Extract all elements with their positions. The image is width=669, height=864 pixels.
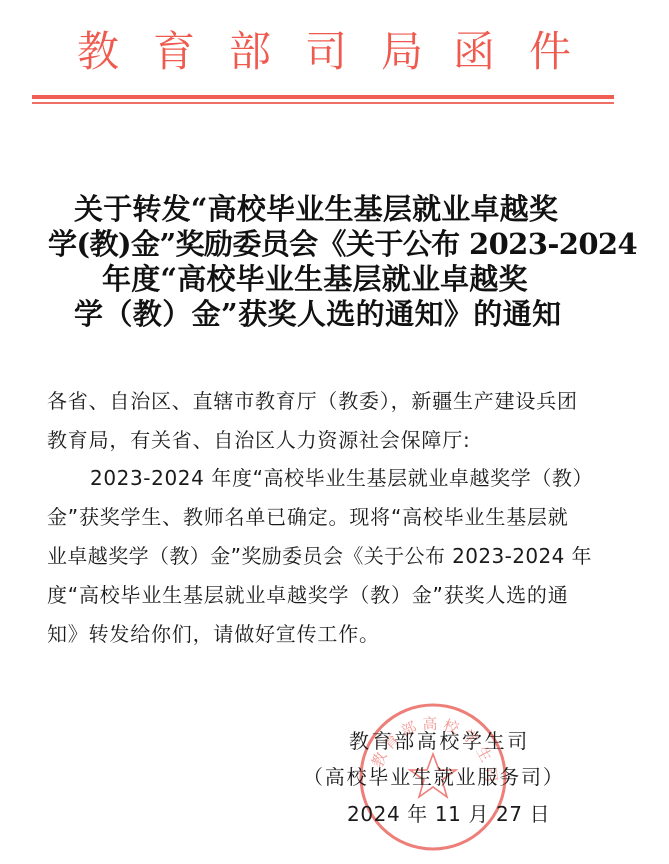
letterhead-char: 函 <box>452 24 496 80</box>
body-line: 度“高校毕业生基层就业卓越奖学（教）金”获奖人选的通 <box>47 583 569 607</box>
letterhead-rule-thin <box>32 102 614 104</box>
signature-issuer-alias: （高校毕业生就业服务司） <box>303 765 565 789</box>
letterhead-char: 司 <box>304 24 348 80</box>
letterhead-char: 教 <box>76 24 120 80</box>
letterhead-char: 部 <box>228 24 272 80</box>
title-line: 年度“高校毕业生基层就业卓越奖 <box>102 262 528 297</box>
title-line: 关于转发“高校毕业生基层就业卓越奖 <box>74 192 558 227</box>
body-line: 2023-2024 年度“高校毕业生基层就业卓越奖学（教） <box>90 466 593 490</box>
letterhead-char: 件 <box>528 24 572 80</box>
body-line: 金”获奖学生、教师名单已确定。现将“高校毕业生基层就 <box>47 505 569 529</box>
title-line: 学（教）金”获奖人选的通知》的通知 <box>74 297 561 332</box>
body-line: 业卓越奖学（教）金”奖励委员会《关于公布 2023-2024 年 <box>47 544 592 568</box>
letterhead-char: 育 <box>152 24 196 80</box>
title-line: 学(教)金”奖励委员会《关于公布 2023-2024 <box>48 227 637 262</box>
letterhead-rule-thick <box>32 95 614 99</box>
body-line: 知》转发给你们，请做好宣传工作。 <box>47 622 380 646</box>
letterhead-char: 局 <box>380 24 424 80</box>
salutation-line: 各省、自治区、直辖市教育厅（教委），新疆生产建设兵团 <box>47 389 578 413</box>
signature-issuer: 教育部高校学生司 <box>349 729 530 753</box>
letterhead-title: 教 育 部 司 局 函 件 <box>0 24 669 80</box>
salutation-line: 教育局，有关省、自治区人力资源社会保障厅: <box>47 428 471 452</box>
signature-date: 2024 年 11 月 27 日 <box>347 802 550 826</box>
